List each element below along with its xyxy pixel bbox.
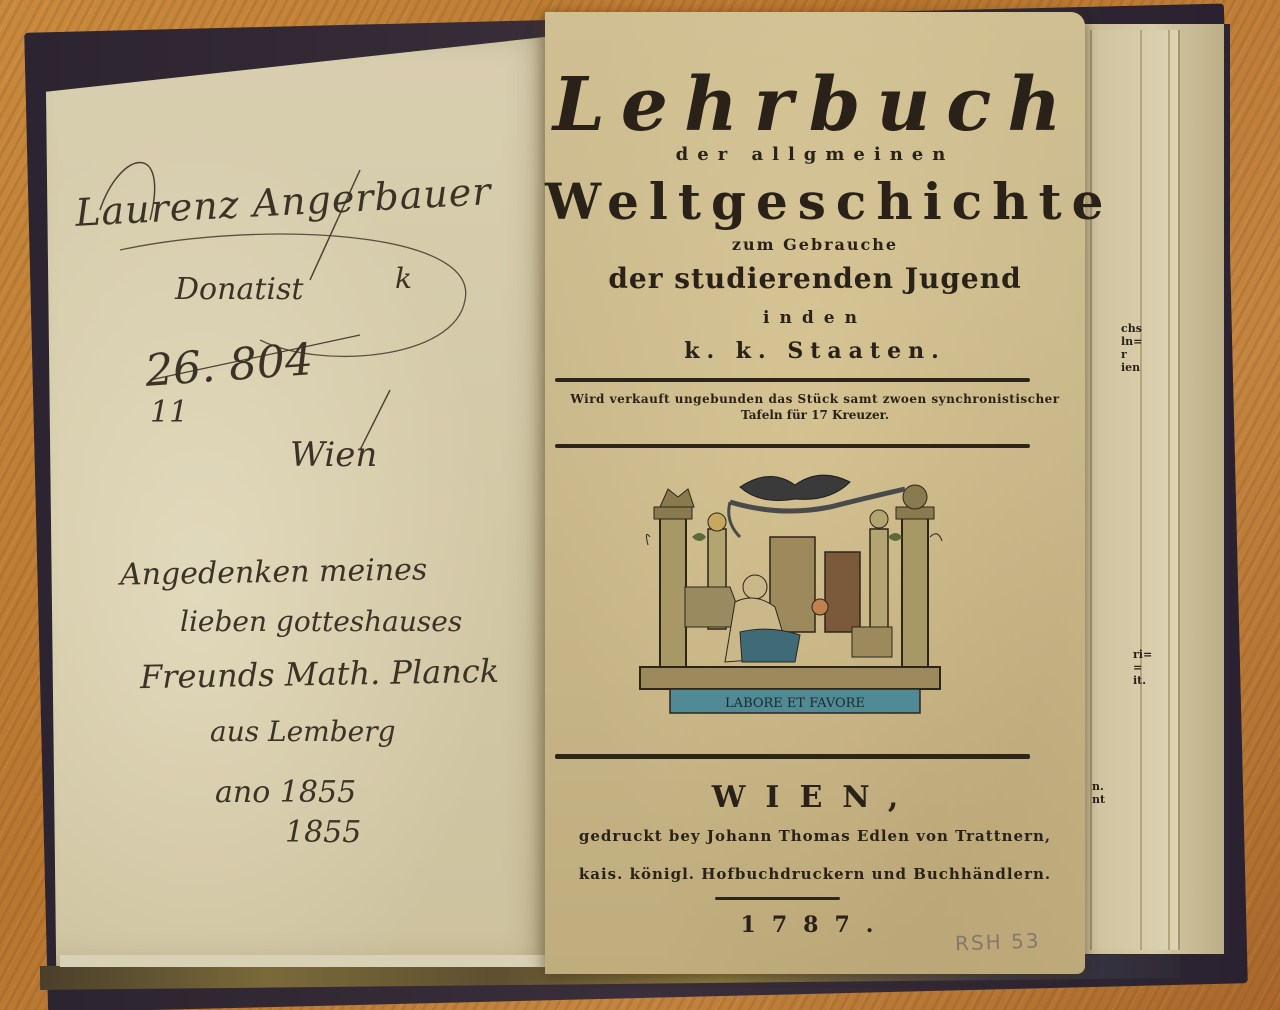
divider-rule-short <box>715 897 840 900</box>
handwritten-dedication-line: aus Lemberg <box>210 715 396 748</box>
fragment-line: ln= <box>1121 335 1142 348</box>
divider-rule <box>555 444 1030 448</box>
price-note-line: Tafeln für 17 Kreuzer. <box>545 408 1085 422</box>
handwritten-dedication-line: lieben gotteshauses <box>180 605 462 638</box>
vignette-motto: LABORE ET FAVORE <box>725 696 865 711</box>
title-lehrbuch: Lehrbuch <box>545 62 1085 148</box>
margin-fragment: ri= = it. <box>1133 648 1152 687</box>
fragment-line: nt <box>1092 793 1105 806</box>
handwritten-dedication-line: Angedenken meines <box>120 552 428 592</box>
title-weltgeschichte: Weltgeschichte <box>545 172 1085 231</box>
title-line-inden: inden <box>545 308 1085 328</box>
fragment-line: r <box>1121 348 1142 361</box>
title-line-gebrauche: zum Gebrauche <box>545 235 1085 254</box>
page-stack-edge <box>1140 30 1170 950</box>
imprint-place: WIEN, <box>545 780 1085 815</box>
handwritten-title: Donatist <box>175 272 303 307</box>
margin-fragment: chs ln= r ien <box>1121 322 1142 374</box>
handwritten-year: 1855 <box>285 815 361 850</box>
fragment-line: ien <box>1121 361 1142 374</box>
title-line-jugend: der studierenden Jugend <box>545 262 1085 295</box>
flyleaf-bottom-edge <box>60 955 550 967</box>
divider-rule <box>555 378 1030 382</box>
imprint-printer-line: kais. königl. Hofbuchdruckern und Buchhä… <box>545 865 1085 883</box>
fragment-line: = <box>1133 661 1152 674</box>
fragment-line: n. <box>1092 780 1105 793</box>
handwritten-date-sub: 11 <box>150 395 188 430</box>
divider-rule <box>555 754 1030 759</box>
engraved-vignette-icon: LABORE ET FAVORE <box>630 467 950 729</box>
handwritten-dedication-line: Freunds Math. Planck <box>140 652 500 696</box>
fragment-line: it. <box>1133 674 1152 687</box>
handwritten-mark: k <box>395 262 412 295</box>
price-note-line: Wird verkauft ungebunden das Stück samt … <box>545 392 1085 406</box>
fragment-line: chs <box>1121 322 1142 335</box>
handwritten-dedication-year: ano 1855 <box>215 775 356 810</box>
title-line-staaten: k. k. Staaten. <box>545 338 1085 364</box>
title-line-allgemeinen: der allgmeinen <box>545 144 1085 165</box>
shelf-mark-stamp: RSH 53 <box>955 929 1041 956</box>
fragment-line: ri= <box>1133 648 1152 661</box>
margin-fragment: n. nt <box>1092 780 1105 806</box>
imprint-printer-line: gedruckt bey Johann Thomas Edlen von Tra… <box>545 827 1085 845</box>
title-page: Lehrbuch der allgmeinen Weltgeschichte z… <box>545 12 1085 974</box>
handwritten-place: Wien <box>290 435 377 475</box>
